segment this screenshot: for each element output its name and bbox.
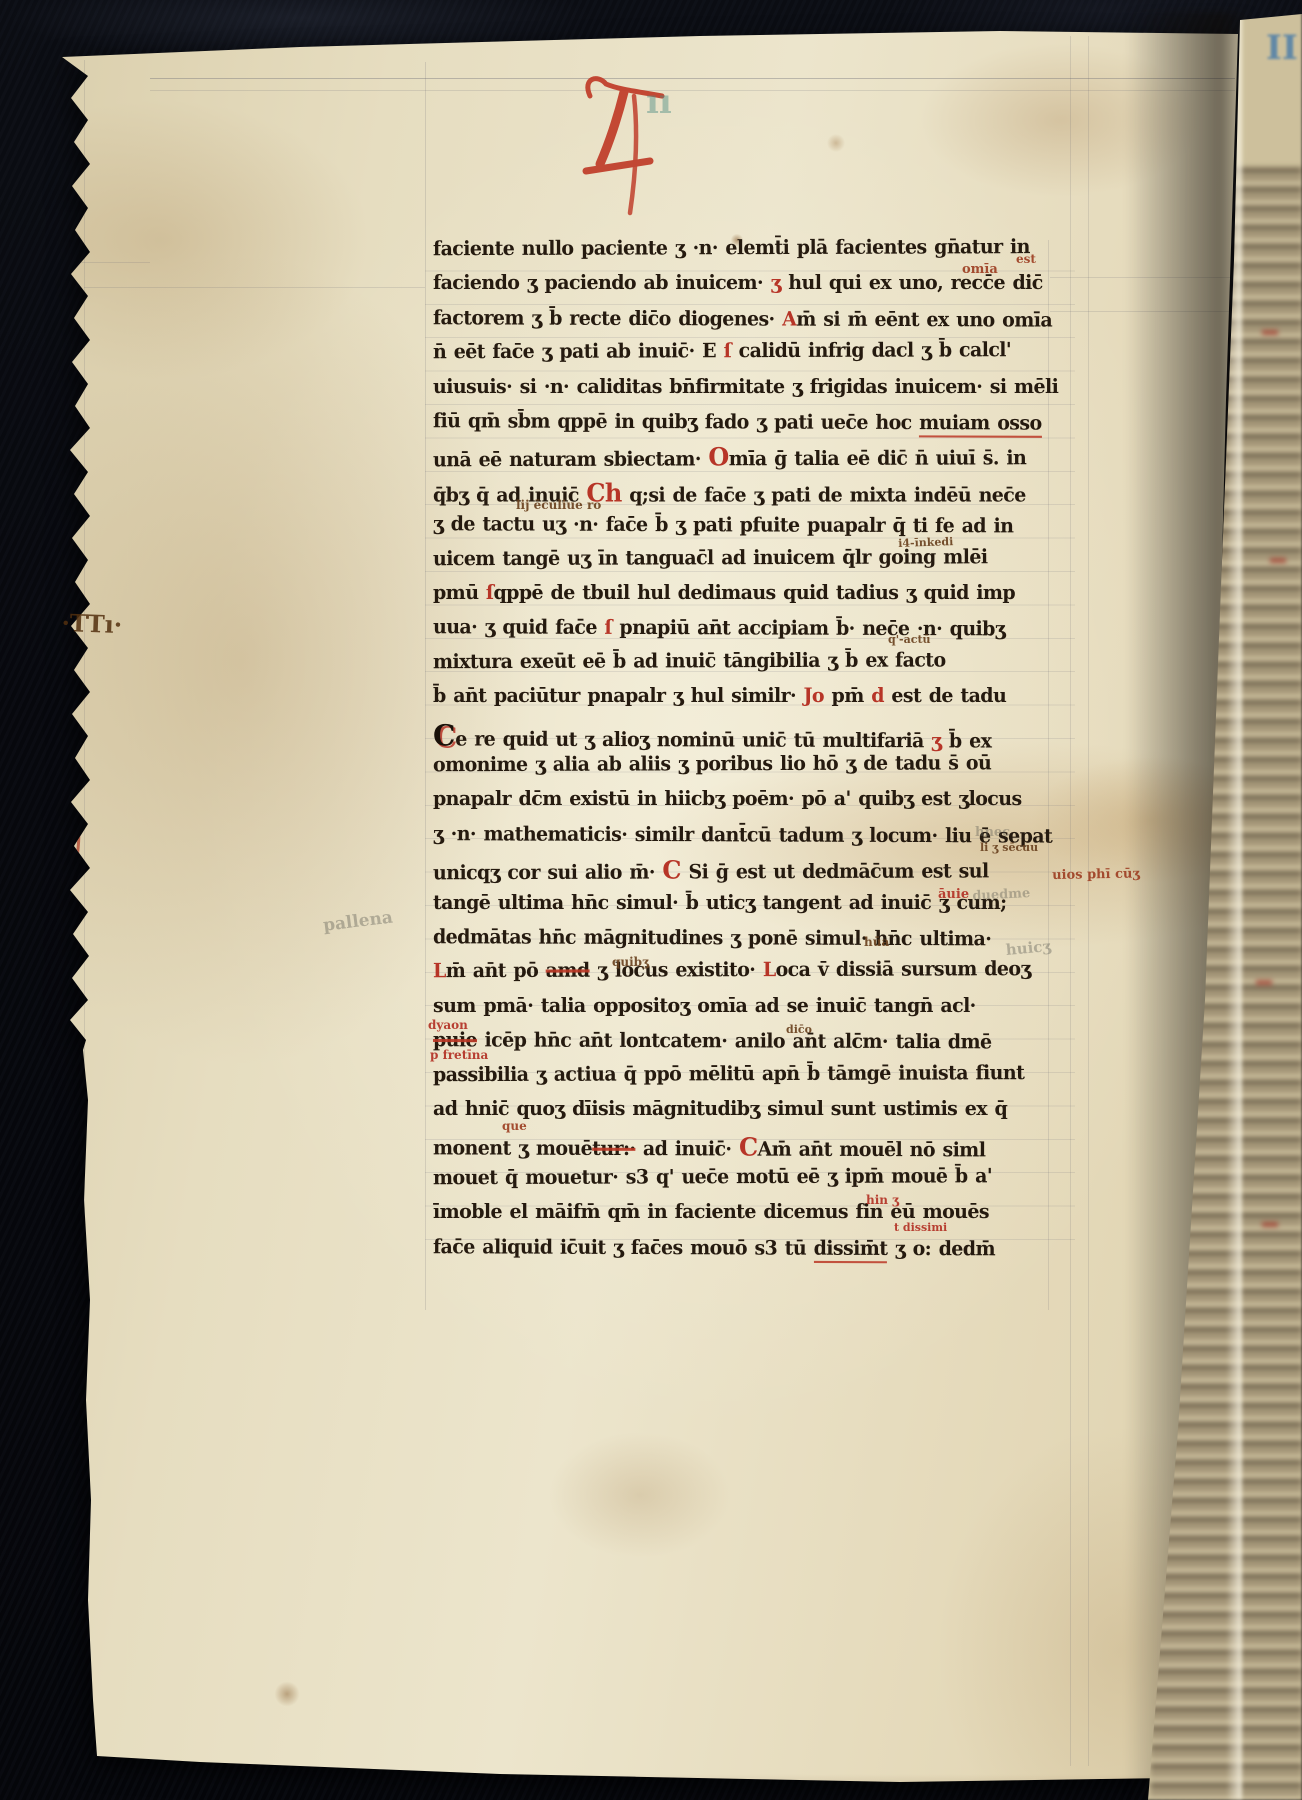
text-line: pnapalr dc̄m existū in hiicbʒ poēm· pō a…: [433, 790, 1022, 810]
text-line: faciendo ʒ paciendo ab inuicem· ʒ hul qu…: [433, 274, 1043, 294]
text-line: faciente nullo paciente ʒ ·n· elemt̄i pl…: [433, 238, 1030, 260]
rubric-segment: ʒ: [931, 729, 941, 752]
manuscript-photo: 4 faciente nullo paciente ʒ ·n· elemt̄i …: [0, 0, 1302, 1800]
ink-segment: Am̄ an̄t mouēl nō siml: [757, 1138, 985, 1162]
text-line: pmū ſqppē de tbuil hul dedimaus quid tad…: [433, 584, 1015, 604]
ink-segment: icēp hn̄c an̄t lontcatem· anilo an̄t alc…: [477, 1029, 992, 1054]
ink-segment: C: [433, 718, 455, 752]
ink-segment: ʒ ·n· mathematicis· similr dant̄cū tadum…: [433, 822, 1052, 847]
ink-segment: faciendo ʒ paciendo ab inuicem·: [433, 272, 771, 295]
text-line: unā eē naturam sbiectam· Omīa ḡ talia eē…: [433, 444, 1026, 471]
ink-segment: calidū infrig dacl ʒ b̄ calcl': [731, 339, 1011, 363]
ink-segment: uiusuis· si ·n· caliditas bn̄firmitate ʒ…: [433, 375, 1058, 398]
adjacent-page-rubric-mark: [1262, 330, 1278, 335]
ink-segment: pnapiū an̄t accipiam b̄· nec̄e ·n· quibʒ: [612, 617, 1005, 641]
ink-segment: uua· ʒ quid fac̄e: [433, 616, 604, 640]
ink-segment: dedmātas hn̄c māgnitudines ʒ ponē simul·…: [433, 926, 991, 951]
ink-segment: passibilia ʒ actiua q̄ ppō mēlitū apn̄ b…: [433, 1061, 1024, 1086]
ink-segment: oca v̄ dissiā sursum deoʒ: [776, 958, 1031, 982]
text-line: Ce re quid ut ʒ alioʒ nominū unic̄ tū mu…: [433, 721, 991, 752]
ink-segment: tangē ultima hn̄c simul· b̄ uticʒ tangen…: [433, 891, 1007, 914]
text-line: ad hnic̄ quoʒ dīisis māgnitudibʒ simul s…: [433, 1100, 1007, 1120]
ink-segment: m̄ si m̄ eēnt ex uno omīa: [796, 308, 1052, 332]
ink-segment: ad inuic̄·: [635, 1138, 739, 1161]
ink-segment: hul qui ex uno, recc̄e dic̄: [781, 272, 1043, 295]
quire-mark-4-icon: [560, 66, 680, 216]
text-line: q̄bʒ q̄ ad inuic̄ Ch q;si de fac̄e ʒ pat…: [433, 480, 1026, 505]
text-line: monent ʒ mouētur:· ad inuic̄· CAm̄ an̄t …: [433, 1134, 985, 1161]
rubric-segment: Jo: [804, 685, 824, 708]
ink-segment: factorem ʒ b̄ recte dic̄o diogenes·: [433, 306, 782, 330]
ink-segment: qppē de tbuil hul dedimaus quid tadius ʒ…: [494, 582, 1016, 605]
text-line: īmoble el māifm̄ qm̄ in faciente dicemus…: [433, 1203, 989, 1223]
ruling-line-top: [150, 78, 1235, 79]
text-line: fac̄e aliquid ic̄uit ʒ fac̄es mouō s3 tū…: [433, 1237, 995, 1259]
ruling-vertical-margin-right-2: [1088, 36, 1089, 1766]
rubric-segment: ſ: [486, 582, 494, 605]
text-line: ʒ de tactu uʒ ·n· fac̄e b̄ ʒ pati pfuite…: [433, 515, 1013, 537]
rubric-segment: Ch: [586, 477, 621, 507]
rubric-segment: L: [763, 959, 776, 982]
ink-segment: monent ʒ mouē: [433, 1137, 592, 1160]
text-line: n̄ eēt fac̄e ʒ pati ab inuic̄· E ſ calid…: [433, 341, 1011, 363]
text-line: dedmātas hn̄c māgnitudines ʒ ponē simul·…: [433, 928, 991, 950]
ink-segment: n̄ eēt fac̄e ʒ pati ab inuic̄· E: [433, 340, 724, 364]
rubric-segment: d: [871, 685, 884, 708]
text-line: uicem tangē uʒ īn tanguac̄l ad inuicem q…: [433, 547, 988, 569]
text-line: sum pmā· talia oppositoʒ omīa ad se inui…: [433, 996, 976, 1016]
ink-segment: amd: [546, 959, 590, 982]
ink-segment: q̄bʒ q̄ ad inuic̄: [433, 483, 586, 506]
adjacent-page-rubric-mark: [1256, 980, 1272, 985]
ink-segment: e re quid ut ʒ alioʒ nominū unic̄ tū mul…: [455, 727, 931, 752]
text-block: faciente nullo paciente ʒ ·n· elemt̄i pl…: [425, 238, 1075, 1272]
ink-segment: q;si de fac̄e ʒ pati de mixta indēū nec̄…: [622, 483, 1026, 506]
ink-segment: fac̄e aliquid ic̄uit ʒ fac̄es mouō s3 tū: [433, 1235, 814, 1259]
parchment-leaf: 4 faciente nullo paciente ʒ ·n· elemt̄i …: [0, 0, 1302, 1800]
ink-segment: b̄ an̄t paciūtur pnapalr ʒ hul similr·: [433, 685, 804, 708]
text-line: ʒ ·n· mathematicis· similr dant̄cū tadum…: [433, 824, 1052, 846]
ink-segment: mīa ḡ talia eē dic̄ n̄ uiuī s̄. in: [729, 447, 1027, 471]
ruling-line-left-seg: [55, 262, 150, 263]
ink-segment: ʒ locus existito·: [590, 959, 763, 982]
ink-segment: dissim̄t: [814, 1237, 888, 1263]
ink-segment: uicem tangē uʒ īn tanguac̄l ad inuicem q…: [433, 545, 988, 570]
text-line: b̄ an̄t paciūtur pnapalr ʒ hul similr· J…: [433, 687, 1006, 707]
rubric-segment: C: [739, 1132, 758, 1162]
ruling-line-left-seg-2: [84, 287, 425, 288]
ink-segment: b̄ ex: [941, 729, 991, 752]
text-line: puie icēp hn̄c an̄t lontcatem· anilo an̄…: [433, 1031, 992, 1053]
rubric-segment: A: [782, 308, 796, 331]
rubric-segment: O: [708, 442, 728, 472]
text-line: factorem ʒ b̄ recte dic̄o diogenes· Am̄ …: [433, 308, 1052, 330]
ink-segment: sum pmā· talia oppositoʒ omīa ad se inui…: [433, 994, 976, 1017]
text-line: tangē ultima hn̄c simul· b̄ uticʒ tangen…: [433, 893, 1007, 913]
text-line: uiusuis· si ·n· caliditas bn̄firmitate ʒ…: [433, 377, 1058, 397]
rubric-segment: L: [433, 960, 446, 983]
text-line: omonime ʒ alia ab aliis ʒ poribus lio hō…: [433, 754, 991, 776]
adjacent-page-rubric-mark: [1270, 558, 1286, 563]
ink-segment: fiū qm̄ sb̄m qppē in quibʒ fado ʒ pati u…: [433, 410, 919, 435]
rubric-segment: ſ: [604, 617, 612, 640]
text-line: passibilia ʒ actiua q̄ ppō mēlitū apn̄ b…: [433, 1063, 1024, 1085]
rubric-segment: C: [662, 855, 681, 885]
rubric-segment: ʒ: [771, 272, 781, 295]
ink-segment: puie: [433, 1029, 477, 1052]
ruling-line-top-2: [150, 90, 1235, 91]
ink-segment: ʒ de tactu uʒ ·n· fac̄e b̄ ʒ pati pfuite…: [433, 513, 1013, 538]
ruling-vertical-left-edge: [84, 60, 85, 1755]
ink-segment: mixtura exeūt eē b̄ ad inuic̄ tāngibilia…: [433, 649, 946, 674]
text-line: mixtura exeūt eē b̄ ad inuic̄ tāngibilia…: [433, 651, 946, 673]
margin-red-flourish-icon: [54, 812, 94, 882]
ink-segment: faciente nullo paciente ʒ ·n· elemt̄i pl…: [433, 235, 1030, 260]
text-line: unicqʒ cor sui alio m̄· C Si ḡ est ut de…: [433, 857, 989, 884]
ink-segment: Si ḡ est ut dedmāc̄um est sul: [681, 860, 989, 884]
ink-segment: omonime ʒ alia ab aliis ʒ poribus lio hō…: [433, 752, 991, 777]
ink-segment: ʒ o: dedm̄: [887, 1237, 995, 1260]
ink-segment: est de tadu: [884, 685, 1006, 708]
parchment-leaf-wrap: 4 faciente nullo paciente ʒ ·n· elemt̄i …: [0, 0, 1302, 1800]
text-line: mouet q̄ mouetur· s3 q' uec̄e motū eē ʒ …: [433, 1166, 992, 1188]
ink-segment: unā eē naturam sbiectam·: [433, 448, 708, 472]
ink-segment: pmū: [433, 582, 486, 605]
ink-segment: muiam osso: [919, 411, 1042, 437]
ink-segment: īmoble el māifm̄ qm̄ in faciente dicemus…: [433, 1201, 989, 1224]
text-line: Lm̄ an̄t pō amd ʒ locus existito· Loca v…: [433, 960, 1031, 982]
ink-segment: pm̄: [824, 685, 871, 708]
adjacent-page-rubric-mark: [1262, 1222, 1278, 1227]
ink-segment: tur:·: [592, 1138, 635, 1161]
text-line: uua· ʒ quid fac̄e ſ pnapiū an̄t accipiam…: [433, 618, 1005, 640]
ink-segment: mouet q̄ mouetur· s3 q' uec̄e motū eē ʒ …: [433, 1164, 992, 1189]
ink-segment: pnapalr dc̄m existū in hiicbʒ poēm· pō a…: [433, 788, 1022, 811]
ink-segment: ad hnic̄ quoʒ dīisis māgnitudibʒ simul s…: [433, 1098, 1007, 1121]
text-line: fiū qm̄ sb̄m qppē in quibʒ fado ʒ pati u…: [433, 412, 1042, 434]
ink-segment: unicqʒ cor sui alio m̄·: [433, 861, 662, 885]
ink-segment: m̄ an̄t pō: [446, 960, 546, 983]
